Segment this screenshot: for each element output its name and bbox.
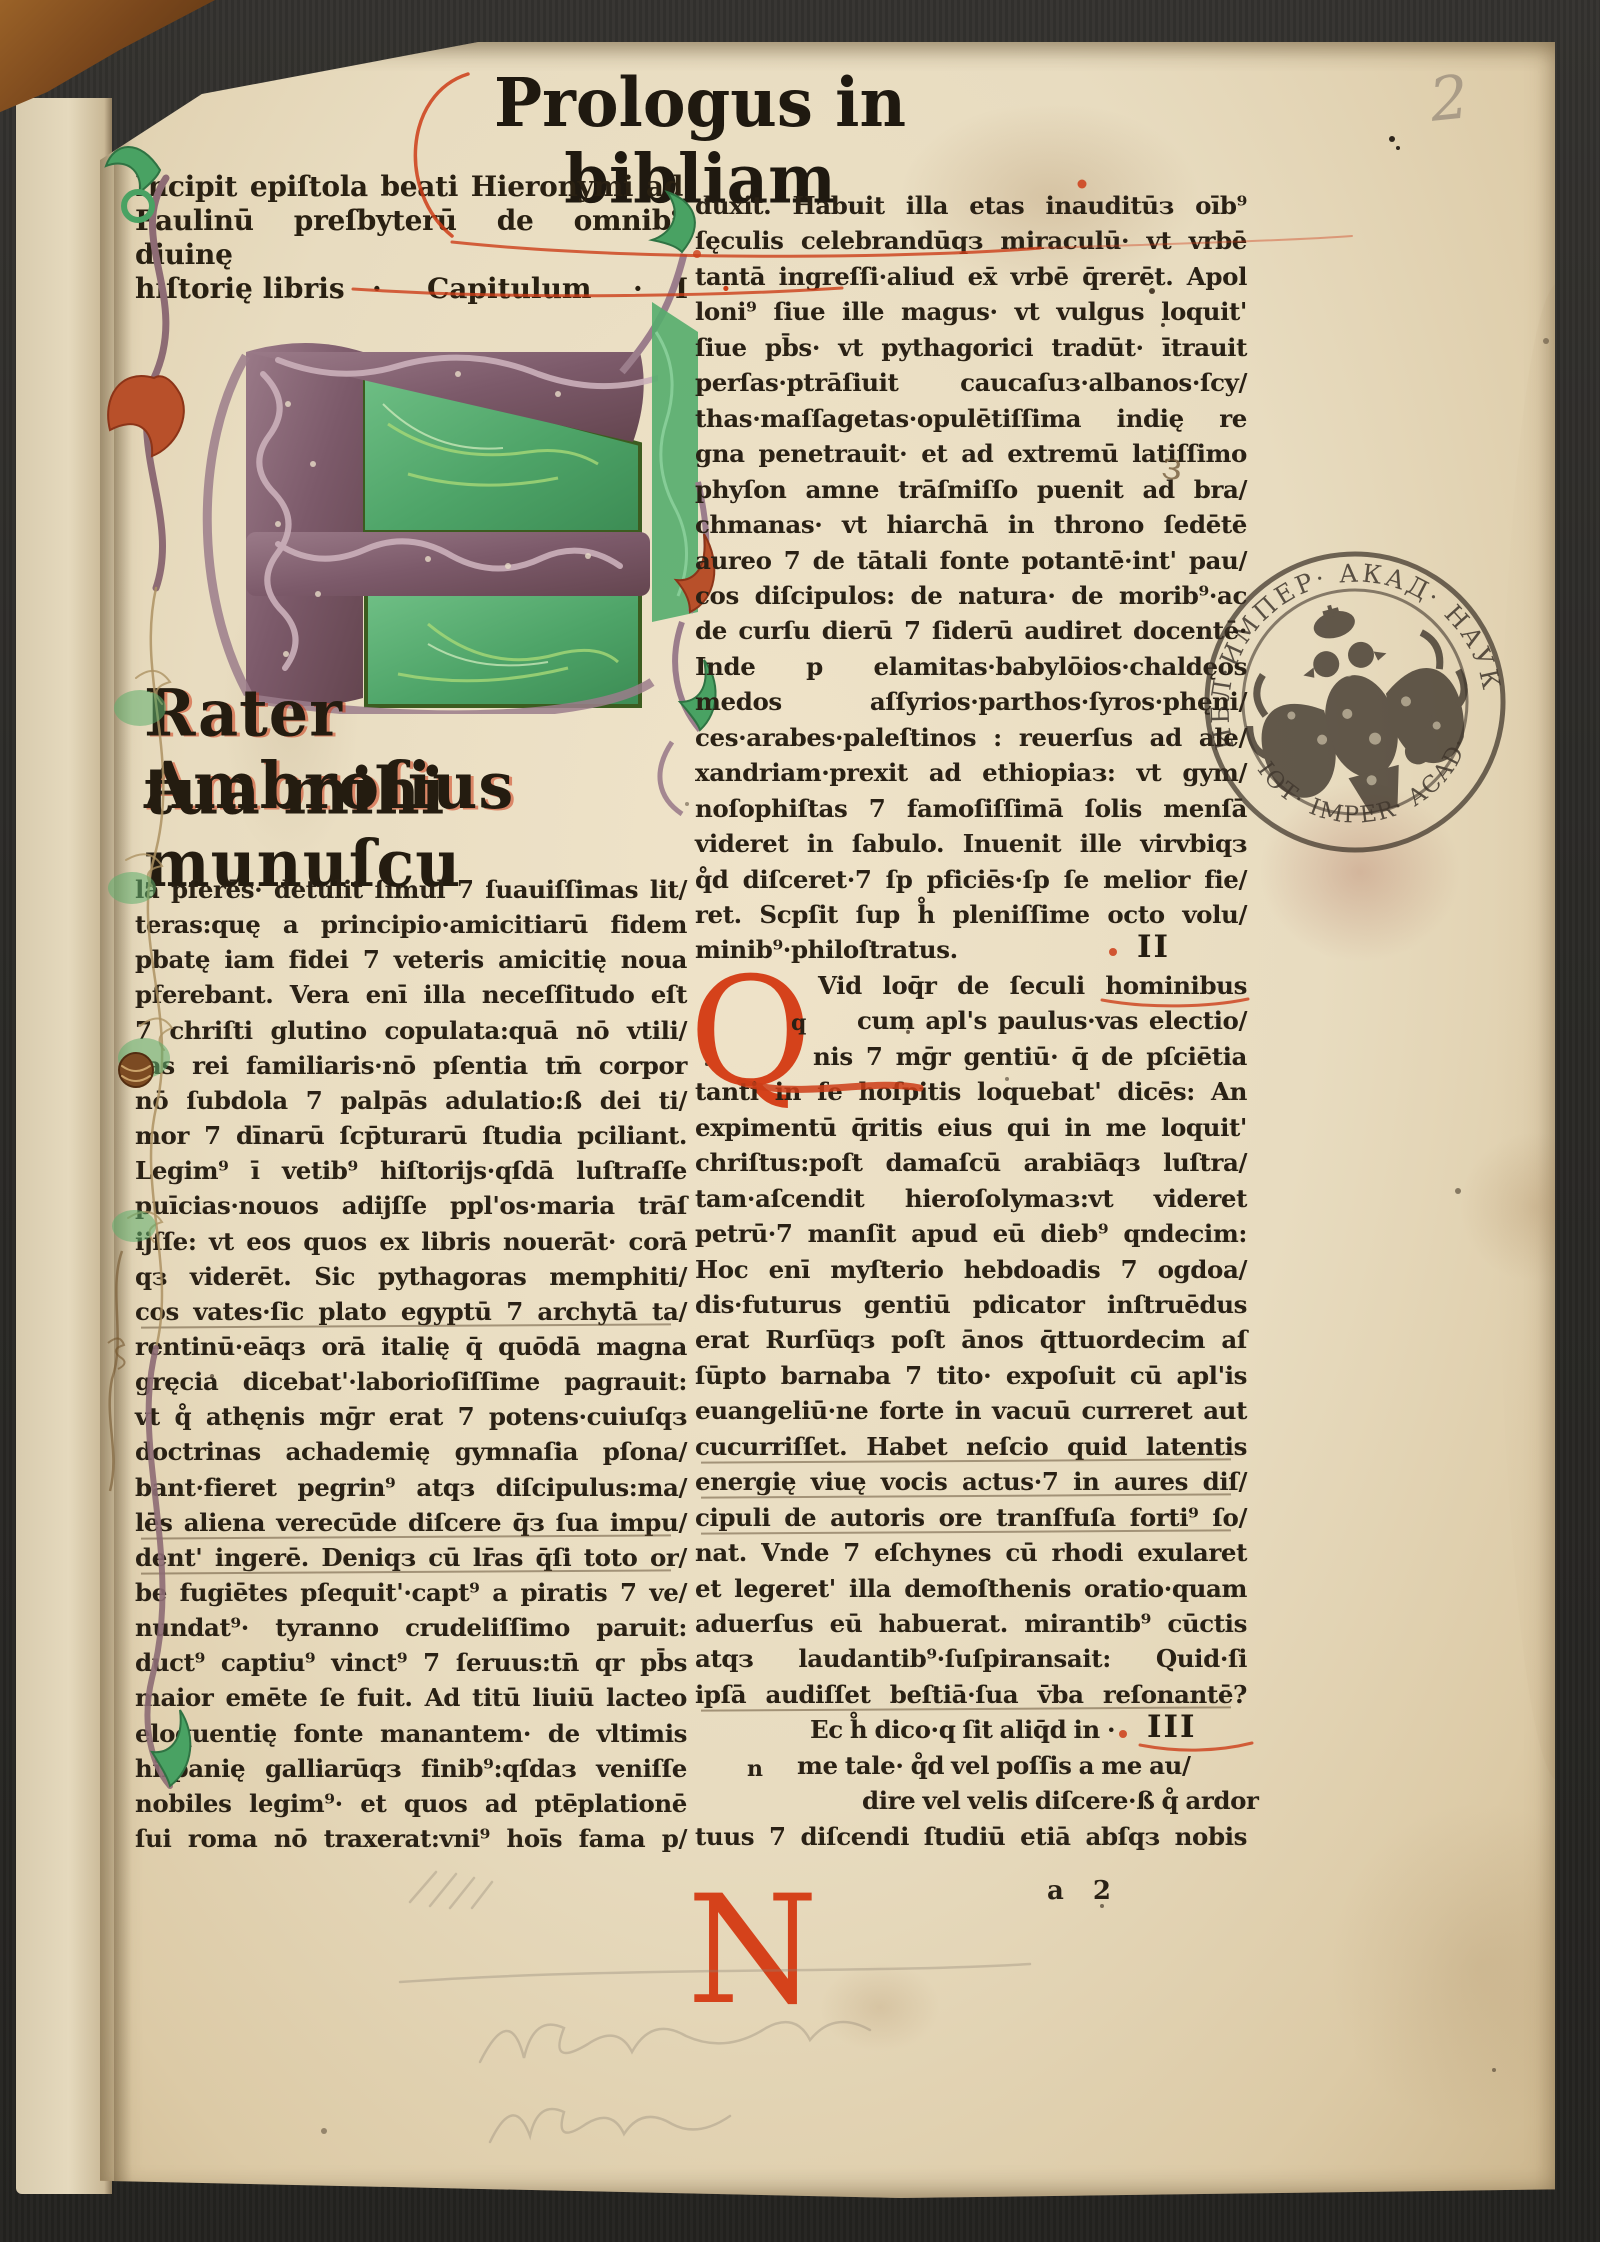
previous-leaf-edge	[16, 98, 112, 2194]
book-page: Prologus in bibliam 2 Incipit epiſtola b…	[100, 42, 1555, 2198]
library-stamp: БИБЛ·ИМПЕР· АКАД· НАУКЪ БИБЛIОТ· IMPER· …	[1165, 512, 1545, 892]
margin-vine-decoration	[96, 118, 236, 1808]
pencil-inscription	[290, 1862, 1250, 2182]
margin-ink-bracket	[100, 1247, 140, 1497]
